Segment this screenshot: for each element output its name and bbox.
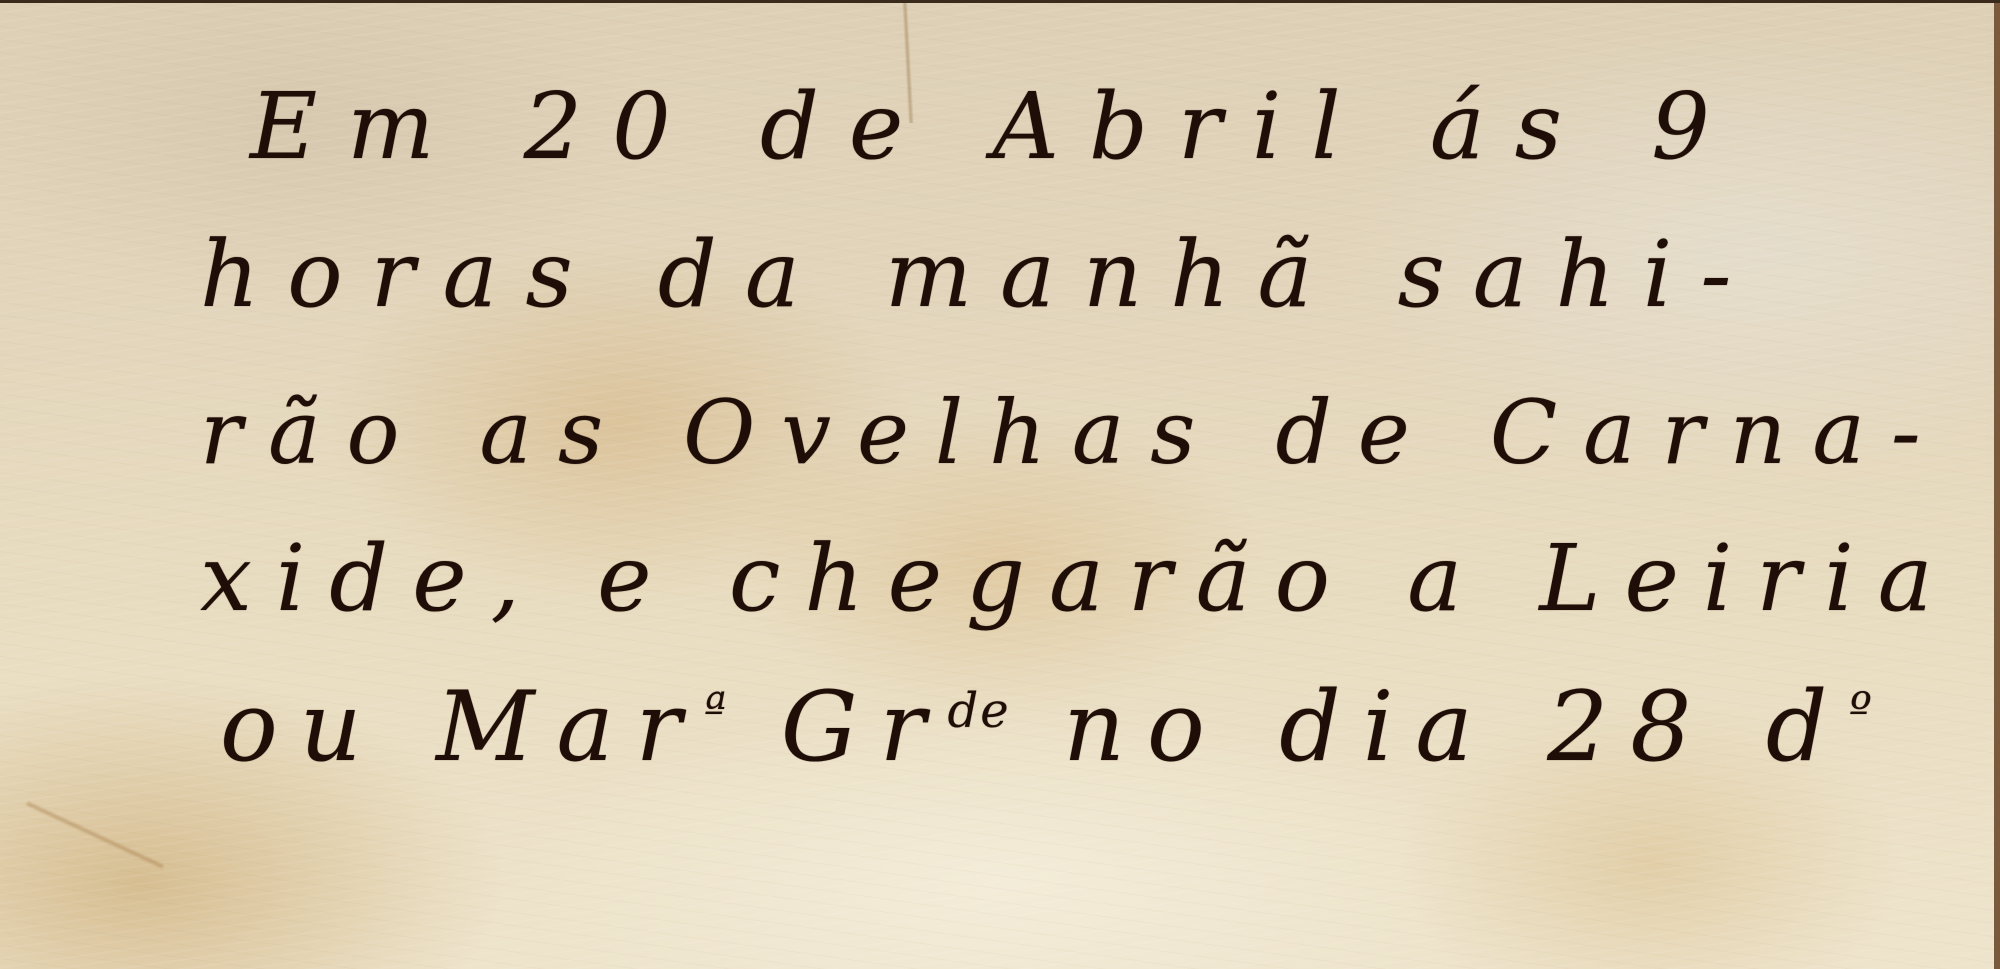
abbreviation-superscript: ª [704,683,729,739]
manuscript-photo: Em 20 de Abril ás 9 horas da manhã sahi-… [0,0,2000,969]
line-5-text-c: no dia 28 d [1011,671,1850,783]
manuscript-line-5: ou Marª Grde no dia 28 dº [220,679,1874,775]
manuscript-line-1: Em 20 de Abril ás 9 [250,81,1740,173]
abbreviation-superscript: º [1849,683,1874,739]
line-5-text-a: ou Mar [220,671,704,783]
line-5-text-b: Gr [728,671,947,783]
manuscript-line-4: xide, e chegarão a Leiria [200,533,1957,625]
manuscript-line-3: rão as Ovelhas de Carna- [200,389,1947,477]
manuscript-line-2: horas da manhã sahi- [200,229,1759,321]
abbreviation-superscript: de [947,683,1010,739]
handwritten-text: Em 20 de Abril ás 9 horas da manhã sahi-… [0,3,2000,969]
